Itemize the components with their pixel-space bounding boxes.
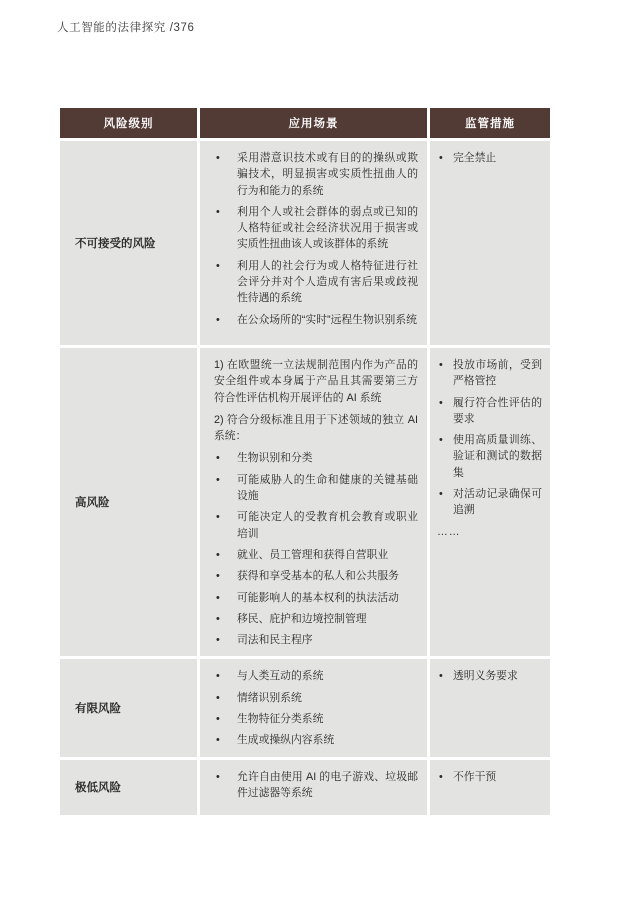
measure-item-text: 不作干预 — [453, 769, 542, 785]
bullet-icon: • — [214, 258, 237, 307]
measure-item: •使用高质量训练、验证和测试的数据集 — [437, 432, 542, 481]
scenario-item: •利用个人或社会群体的弱点或已知的人格特征或社会经济状况用于损害或实质性扭曲该人… — [214, 204, 418, 253]
measures-ellipsis: …… — [437, 524, 542, 540]
bullet-icon: • — [214, 668, 237, 684]
scenario-item-text: 可能威胁人的生命和健康的关键基础设施 — [237, 472, 418, 505]
scenario-item: •生成或操纵内容系统 — [214, 732, 418, 748]
measure-item: •投放市场前，受到严格管控 — [437, 357, 542, 390]
bullet-icon: • — [437, 432, 453, 481]
page-header: 人工智能的法律探究 /376 — [57, 19, 194, 35]
scenario-item: •允许自由使用 AI 的电子游戏、垃圾邮件过滤器等系统 — [214, 769, 418, 802]
measure-item-text: 使用高质量训练、验证和测试的数据集 — [453, 432, 542, 481]
risk-level-cell: 极低风险 — [60, 760, 197, 815]
measure-item: •对活动记录确保可追溯 — [437, 486, 542, 519]
measure-item: •透明义务要求 — [437, 668, 542, 684]
risk-table: 风险级别 应用场景 监管措施 不可接受的风险•采用潜意识技术或有目的的操纵或欺骗… — [60, 108, 550, 818]
table-row: 有限风险•与人类互动的系统•情绪识别系统•生物特征分类系统•生成或操纵内容系统•… — [60, 659, 550, 756]
scenario-item-text: 采用潜意识技术或有目的的操纵或欺骗技术，明显损害或实质性扭曲人的行为和能力的系统 — [237, 150, 418, 199]
risk-level-label: 有限风险 — [75, 700, 121, 716]
bullet-icon: • — [437, 150, 453, 166]
scenario-cell: 1) 在欧盟统一立法规制范围内作为产品的安全组件或本身属于产品且其需要第三方符合… — [200, 348, 427, 656]
bullet-icon: • — [214, 732, 237, 748]
scenario-item: •与人类互动的系统 — [214, 668, 418, 684]
scenario-item-text: 在公众场所的“实时”远程生物识别系统 — [237, 312, 418, 328]
measure-cell: •投放市场前，受到严格管控•履行符合性评估的要求•使用高质量训练、验证和测试的数… — [430, 348, 550, 656]
bullet-icon: • — [214, 547, 237, 563]
risk-level-cell: 不可接受的风险 — [60, 141, 197, 345]
scenario-item-text: 生物特征分类系统 — [237, 711, 418, 727]
scenario-cell: •允许自由使用 AI 的电子游戏、垃圾邮件过滤器等系统 — [200, 760, 427, 815]
scenario-paragraph: 2) 符合分级标准且用于下述领域的独立 AI 系统： — [214, 412, 418, 445]
scenario-item-text: 司法和民主程序 — [237, 632, 418, 648]
measure-item: •履行符合性评估的要求 — [437, 395, 542, 428]
scenario-item: •就业、员工管理和获得自营职业 — [214, 547, 418, 563]
scenario-item-text: 利用个人或社会群体的弱点或已知的人格特征或社会经济状况用于损害或实质性扭曲该人或… — [237, 204, 418, 253]
bullet-icon: • — [214, 568, 237, 584]
scenario-item: •可能影响人的基本权利的执法活动 — [214, 590, 418, 606]
column-header-application-scenario: 应用场景 — [200, 108, 427, 138]
bullet-icon: • — [214, 690, 237, 706]
column-header-regulatory-measures: 监管措施 — [430, 108, 550, 138]
risk-level-label: 极低风险 — [75, 779, 121, 795]
bullet-icon: • — [214, 509, 237, 542]
scenario-item: •生物特征分类系统 — [214, 711, 418, 727]
bullet-icon: • — [214, 611, 237, 627]
bullet-icon: • — [214, 769, 237, 802]
table-body: 不可接受的风险•采用潜意识技术或有目的的操纵或欺骗技术，明显损害或实质性扭曲人的… — [60, 141, 550, 815]
bullet-icon: • — [214, 150, 237, 199]
scenario-item-text: 可能决定人的受教育机会教育或职业培训 — [237, 509, 418, 542]
scenario-item: •情绪识别系统 — [214, 690, 418, 706]
risk-level-cell: 高风险 — [60, 348, 197, 656]
measure-cell: •完全禁止 — [430, 141, 550, 345]
scenario-item: •生物识别和分类 — [214, 450, 418, 466]
measure-item: •完全禁止 — [437, 150, 542, 166]
measure-item-text: 履行符合性评估的要求 — [453, 395, 542, 428]
column-header-risk-level: 风险级别 — [60, 108, 197, 138]
book-page: 人工智能的法律探究 /376 风险级别 应用场景 监管措施 不可接受的风险•采用… — [0, 0, 642, 907]
scenario-cell: •采用潜意识技术或有目的的操纵或欺骗技术，明显损害或实质性扭曲人的行为和能力的系… — [200, 141, 427, 345]
scenario-item: •采用潜意识技术或有目的的操纵或欺骗技术，明显损害或实质性扭曲人的行为和能力的系… — [214, 150, 418, 199]
scenario-item: •移民、庇护和边境控制管理 — [214, 611, 418, 627]
measure-item-text: 投放市场前，受到严格管控 — [453, 357, 542, 390]
bullet-icon: • — [437, 357, 453, 390]
table-header-row: 风险级别 应用场景 监管措施 — [60, 108, 550, 138]
scenario-item-text: 可能影响人的基本权利的执法活动 — [237, 590, 418, 606]
table-row: 不可接受的风险•采用潜意识技术或有目的的操纵或欺骗技术，明显损害或实质性扭曲人的… — [60, 141, 550, 345]
scenario-item: •可能决定人的受教育机会教育或职业培训 — [214, 509, 418, 542]
measure-cell: •不作干预 — [430, 760, 550, 815]
scenario-item: •获得和享受基本的私人和公共服务 — [214, 568, 418, 584]
bullet-icon: • — [437, 668, 453, 684]
scenario-paragraph: 1) 在欧盟统一立法规制范围内作为产品的安全组件或本身属于产品且其需要第三方符合… — [214, 357, 418, 406]
scenario-item-text: 与人类互动的系统 — [237, 668, 418, 684]
measure-item: •不作干预 — [437, 769, 542, 785]
risk-level-cell: 有限风险 — [60, 659, 197, 756]
bullet-icon: • — [214, 312, 237, 328]
scenario-item-text: 就业、员工管理和获得自营职业 — [237, 547, 418, 563]
scenario-item-text: 利用人的社会行为或人格特征进行社会评分并对个人造成有害后果或歧视性待遇的系统 — [237, 258, 418, 307]
scenario-item-text: 情绪识别系统 — [237, 690, 418, 706]
bullet-icon: • — [214, 632, 237, 648]
bullet-icon: • — [437, 486, 453, 519]
scenario-item-text: 生成或操纵内容系统 — [237, 732, 418, 748]
bullet-icon: • — [214, 450, 237, 466]
scenario-item-text: 允许自由使用 AI 的电子游戏、垃圾邮件过滤器等系统 — [237, 769, 418, 802]
measure-item-text: 完全禁止 — [453, 150, 542, 166]
scenario-item: •在公众场所的“实时”远程生物识别系统 — [214, 312, 418, 328]
bullet-icon: • — [214, 204, 237, 253]
measure-cell: •透明义务要求 — [430, 659, 550, 756]
bullet-icon: • — [214, 472, 237, 505]
measure-item-text: 对活动记录确保可追溯 — [453, 486, 542, 519]
measure-item-text: 透明义务要求 — [453, 668, 542, 684]
table-row: 极低风险•允许自由使用 AI 的电子游戏、垃圾邮件过滤器等系统•不作干预 — [60, 760, 550, 815]
bullet-icon: • — [437, 395, 453, 428]
scenario-cell: •与人类互动的系统•情绪识别系统•生物特征分类系统•生成或操纵内容系统 — [200, 659, 427, 756]
scenario-item: •可能威胁人的生命和健康的关键基础设施 — [214, 472, 418, 505]
scenario-item: •司法和民主程序 — [214, 632, 418, 648]
risk-level-label: 高风险 — [75, 494, 110, 510]
bullet-icon: • — [437, 769, 453, 785]
bullet-icon: • — [214, 711, 237, 727]
risk-level-label: 不可接受的风险 — [75, 235, 156, 251]
bullet-icon: • — [214, 590, 237, 606]
scenario-item-text: 获得和享受基本的私人和公共服务 — [237, 568, 418, 584]
scenario-item-text: 移民、庇护和边境控制管理 — [237, 611, 418, 627]
scenario-item-text: 生物识别和分类 — [237, 450, 418, 466]
scenario-item: •利用人的社会行为或人格特征进行社会评分并对个人造成有害后果或歧视性待遇的系统 — [214, 258, 418, 307]
table-row: 高风险1) 在欧盟统一立法规制范围内作为产品的安全组件或本身属于产品且其需要第三… — [60, 348, 550, 656]
